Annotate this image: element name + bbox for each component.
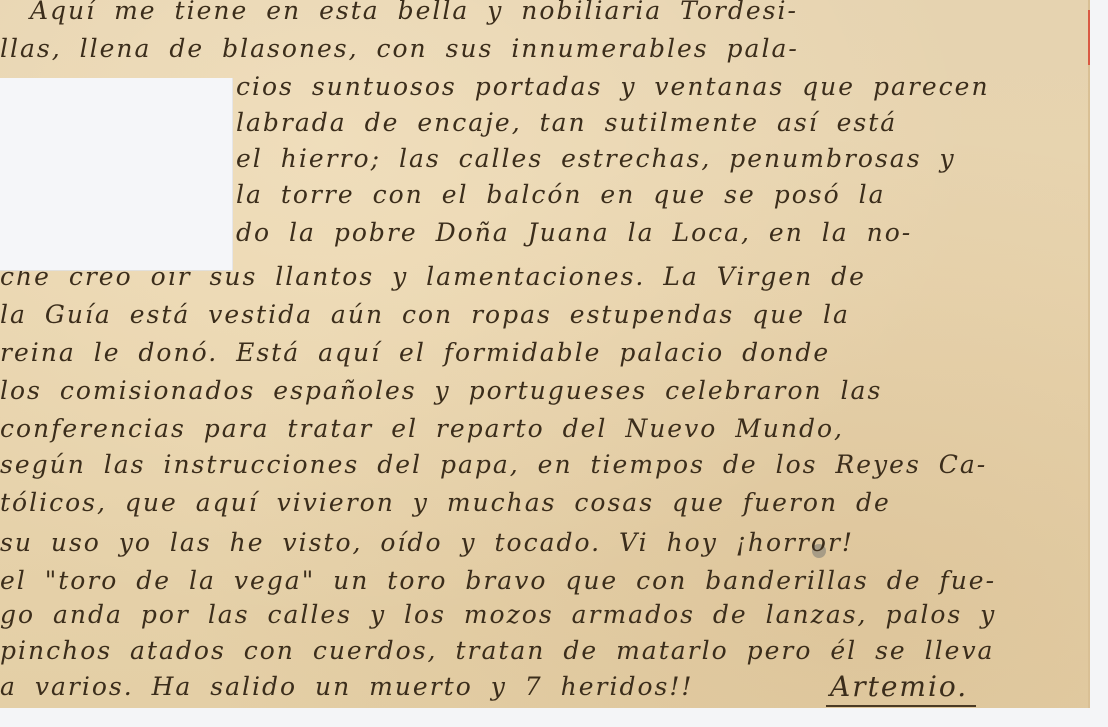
handwritten-line: la torre con el balcón en que se posó la — [236, 180, 885, 210]
handwritten-line: tólicos, que aquí vivieron y muchas cosa… — [0, 488, 891, 518]
handwritten-line: labrada de encaje, tan sutilmente así es… — [236, 108, 897, 138]
handwritten-line: a varios. Ha salido un muerto y 7 herido… — [0, 672, 693, 702]
handwritten-line: el hierro; las calles estrechas, penumbr… — [236, 144, 956, 174]
paper-cutout — [0, 78, 233, 271]
handwritten-line: cios suntuosos portadas y ventanas que p… — [236, 72, 990, 102]
handwritten-line: la Guía está vestida aún con ropas estup… — [0, 300, 850, 330]
handwritten-line: llas, llena de blasones, con sus innumer… — [0, 34, 799, 64]
handwritten-line: Aquí me tiene en esta bella y nobiliaria… — [30, 0, 798, 26]
handwritten-line: conferencias para tratar el reparto del … — [0, 414, 844, 444]
signature: Artemio. — [826, 670, 976, 707]
handwritten-line: los comisionados españoles y portugueses… — [0, 376, 882, 406]
handwritten-line: según las instrucciones del papa, en tie… — [0, 450, 987, 480]
handwritten-line: pinchos atados con cuerdos, tratan de ma… — [0, 636, 994, 666]
handwritten-line: su uso yo las he visto, oído y tocado. V… — [0, 528, 854, 558]
handwritten-line: do la pobre Doña Juana la Loca, en la no… — [236, 218, 912, 248]
handwritten-line: reina le donó. Está aquí el formidable p… — [0, 338, 830, 368]
handwritten-line: go anda por las calles y los mozos armad… — [0, 600, 996, 630]
handwritten-line: el "toro de la vega" un toro bravo que c… — [0, 566, 996, 596]
